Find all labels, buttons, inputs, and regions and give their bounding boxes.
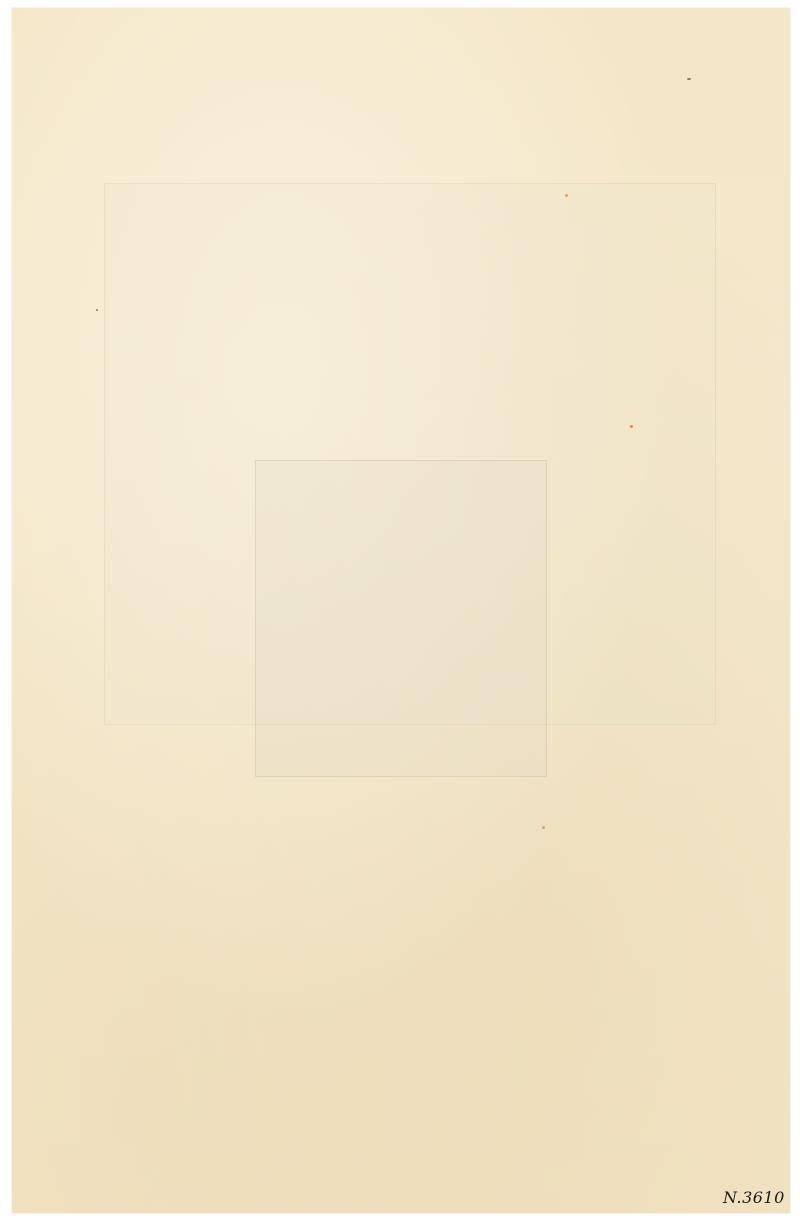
ink-speck <box>687 78 691 80</box>
foxing-spot <box>542 826 545 829</box>
inventory-number-label: N.3610 <box>723 1188 785 1207</box>
paper-sheet <box>12 8 790 1213</box>
show-through-inner-frame <box>255 460 547 777</box>
ink-speck <box>96 309 98 311</box>
foxing-spot <box>630 425 633 428</box>
foxing-spot <box>565 194 568 197</box>
